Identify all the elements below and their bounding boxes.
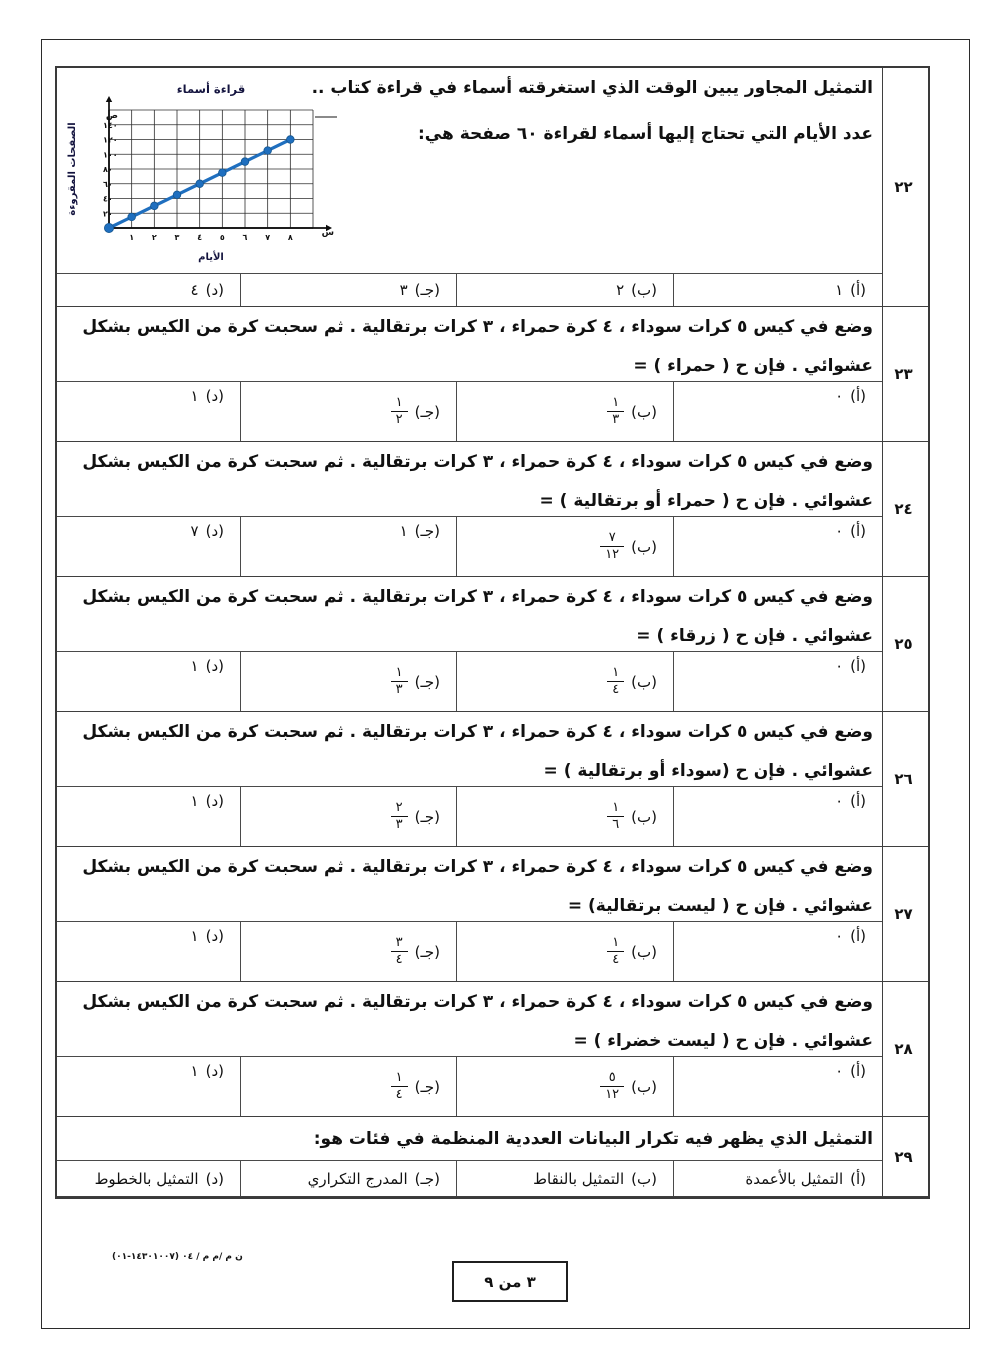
answer-option-a: (أ) ٠ xyxy=(674,517,882,576)
answer-option-c: (جـ) المدرج التكراري xyxy=(241,1161,457,1196)
fraction-value: ٥ ١٢ xyxy=(600,1070,624,1102)
fraction-denominator: ٢ xyxy=(391,411,408,428)
answers-row: (أ) ٠ (ب) ١ ٤ (جـ) ٣ ٤ xyxy=(57,922,882,981)
answer-label: (أ) xyxy=(850,1062,866,1080)
svg-text:٢٠: ٢٠ xyxy=(103,209,113,218)
question-block-24: ٢٤ وضع في كيس ٥ كرات سوداء ، ٤ كرة حمراء… xyxy=(57,442,928,577)
answer-value: ٤ xyxy=(191,281,199,299)
answer-label: (ب) xyxy=(631,1170,657,1188)
answer-value: ٠ xyxy=(835,1062,843,1080)
question-text: وضع في كيس ٥ كرات سوداء ، ٤ كرة حمراء ، … xyxy=(57,712,882,787)
answer-label: (جـ) xyxy=(415,403,440,421)
svg-text:١٢٠: ١٢٠ xyxy=(103,136,118,145)
answer-option-d: (د) ٤ xyxy=(57,274,241,306)
answers-row: (أ) ٠ (ب) ١ ٦ (جـ) ٢ ٣ xyxy=(57,787,882,846)
question-text: وضع في كيس ٥ كرات سوداء ، ٤ كرة حمراء ، … xyxy=(57,847,882,922)
fraction-numerator: ٧ xyxy=(604,530,621,546)
answer-option-c: (جـ) ٣ ٤ xyxy=(241,922,457,981)
answer-value: ١ xyxy=(191,1062,199,1080)
question-line: وضع في كيس ٥ كرات سوداء ، ٤ كرة حمراء ، … xyxy=(57,442,882,475)
answer-label: (جـ) xyxy=(415,1078,440,1096)
svg-text:٨: ٨ xyxy=(288,233,293,242)
footer-document-code: ن م /م م / ٠٤ (١٤٣٠١٠٠٧-٠١) xyxy=(112,1252,243,1262)
answer-label: (جـ) xyxy=(415,281,440,299)
answer-label: (د) xyxy=(206,1170,224,1188)
fraction-numerator: ٣ xyxy=(391,935,408,951)
answer-label: (أ) xyxy=(850,657,866,675)
answers-row: (أ) ٠ (ب) ٧ ١٢ (جـ) ١ xyxy=(57,517,882,576)
fraction-numerator: ١ xyxy=(391,395,408,411)
answer-option-b: (ب) ١ ٣ xyxy=(457,382,674,441)
question-number: ٢٤ xyxy=(882,442,928,576)
question-line: التمثيل الذي يظهر فيه تكرار البيانات الع… xyxy=(57,1117,882,1152)
answer-label: (جـ) xyxy=(415,808,440,826)
answer-label: (أ) xyxy=(850,792,866,810)
fraction-numerator: ١ xyxy=(391,665,408,681)
fraction-numerator: ١ xyxy=(607,935,624,951)
answer-label: (ب) xyxy=(631,808,657,826)
fraction-value: ١ ٣ xyxy=(391,665,408,697)
fraction-denominator: ٣ xyxy=(607,411,624,428)
answer-value: ٣ xyxy=(400,281,408,299)
question-block-29: ٢٩ التمثيل الذي يظهر فيه تكرار البيانات … xyxy=(57,1117,928,1197)
svg-text:الأيام: الأيام xyxy=(198,250,224,263)
question-line: وضع في كيس ٥ كرات سوداء ، ٤ كرة حمراء ، … xyxy=(57,307,882,340)
answer-value: ١ xyxy=(191,387,199,405)
question-line: عشوائي . فإن ح ( ليست برتقالية) = xyxy=(57,893,882,919)
answer-option-a: (أ) ١ xyxy=(674,274,882,306)
svg-text:٦: ٦ xyxy=(243,233,248,242)
answer-option-b: (ب) ١ ٤ xyxy=(457,652,674,711)
question-number: ٢٩ xyxy=(882,1117,928,1196)
answer-option-a: (أ) ٠ xyxy=(674,652,882,711)
answer-option-a: (أ) ٠ xyxy=(674,382,882,441)
svg-text:١٠٠: ١٠٠ xyxy=(103,150,118,159)
answer-value: التمثيل بالخطوط xyxy=(95,1170,199,1188)
answer-option-c: (جـ) ٣ xyxy=(241,274,457,306)
answer-option-d: (د) ١ xyxy=(57,1057,241,1116)
answer-label: (أ) xyxy=(850,281,866,299)
answer-value: ١ xyxy=(400,522,408,540)
scanned-exam-page: ٢٢ التمثيل المجاور يبين الوقت الذي استغر… xyxy=(0,0,992,1370)
answer-option-d: (د) ١ xyxy=(57,787,241,846)
answer-value: ٠ xyxy=(835,657,843,675)
fraction-denominator: ٤ xyxy=(391,1086,408,1103)
fraction-denominator: ١٢ xyxy=(600,1086,624,1103)
svg-text:س: س xyxy=(322,228,334,238)
fraction-denominator: ٣ xyxy=(391,681,408,698)
question-number: ٢٦ xyxy=(882,712,928,846)
svg-text:قراءة أسماء: قراءة أسماء xyxy=(177,81,245,96)
answer-value: ٠ xyxy=(835,792,843,810)
answer-option-b: (ب) التمثيل بالنقاط xyxy=(457,1161,674,1196)
svg-text:الصفحات المقروءة: الصفحات المقروءة xyxy=(67,122,78,215)
question-line: عشوائي . فإن ح ( حمراء ) = xyxy=(57,353,882,379)
svg-text:٤٠: ٤٠ xyxy=(103,195,113,204)
answer-label: (أ) xyxy=(850,1170,866,1188)
svg-text:٣: ٣ xyxy=(175,233,180,242)
answer-label: (ب) xyxy=(631,943,657,961)
answer-option-c: (جـ) ٢ ٣ xyxy=(241,787,457,846)
answer-option-a: (أ) ٠ xyxy=(674,787,882,846)
fraction-numerator: ١ xyxy=(607,800,624,816)
svg-text:٤: ٤ xyxy=(197,233,202,242)
answer-label: (جـ) xyxy=(415,522,440,540)
answer-option-b: (ب) ١ ٦ xyxy=(457,787,674,846)
question-number: ٢٥ xyxy=(882,577,928,711)
fraction-denominator: ٤ xyxy=(607,681,624,698)
answer-label: (جـ) xyxy=(415,673,440,691)
answer-value: ٠ xyxy=(835,927,843,945)
answer-label: (جـ) xyxy=(415,1170,440,1188)
fraction-numerator: ١ xyxy=(391,1070,408,1086)
answers-row: (أ) التمثيل بالأعمدة (ب) التمثيل بالنقاط… xyxy=(57,1161,882,1196)
answer-value: ١ xyxy=(191,657,199,675)
fraction-numerator: ١ xyxy=(607,395,624,411)
answer-value: التمثيل بالنقاط xyxy=(533,1170,624,1188)
answer-option-a: (أ) ٠ xyxy=(674,922,882,981)
svg-text:١: ١ xyxy=(129,233,134,242)
fraction-value: ١ ٣ xyxy=(607,395,624,427)
answer-label: (ب) xyxy=(631,673,657,691)
page-number-box: ٣ من ٩ xyxy=(452,1261,568,1302)
question-number: ٢٣ xyxy=(882,307,928,441)
question-line: عشوائي . فإن ح (سوداء أو برتقالية ) = xyxy=(57,758,882,784)
answer-label: (ب) xyxy=(631,281,657,299)
answer-label: (جـ) xyxy=(415,943,440,961)
answer-label: (د) xyxy=(206,927,224,945)
question-block-22: ٢٢ التمثيل المجاور يبين الوقت الذي استغر… xyxy=(57,68,928,307)
answer-label: (د) xyxy=(206,792,224,810)
question-line: وضع في كيس ٥ كرات سوداء ، ٤ كرة حمراء ، … xyxy=(57,577,882,610)
fraction-value: ٣ ٤ xyxy=(391,935,408,967)
answer-label: (أ) xyxy=(850,927,866,945)
answer-value: ٧ xyxy=(191,522,199,540)
answer-option-d: (د) ١ xyxy=(57,922,241,981)
question-block-26: ٢٦ وضع في كيس ٥ كرات سوداء ، ٤ كرة حمراء… xyxy=(57,712,928,847)
answer-label: (د) xyxy=(206,1062,224,1080)
answer-option-c: (جـ) ١ ٣ xyxy=(241,652,457,711)
question-line: عشوائي . فإن ح ( ليست خضراء ) = xyxy=(57,1028,882,1054)
svg-text:٦٠: ٦٠ xyxy=(103,180,113,189)
questions-table: ٢٢ التمثيل المجاور يبين الوقت الذي استغر… xyxy=(55,66,930,1199)
answer-option-c: (جـ) ١ ٤ xyxy=(241,1057,457,1116)
question-line: عشوائي . فإن ح ( حمراء أو برتقالية ) = xyxy=(57,488,882,514)
answer-label: (ب) xyxy=(631,1078,657,1096)
question-text: وضع في كيس ٥ كرات سوداء ، ٤ كرة حمراء ، … xyxy=(57,982,882,1057)
answer-value: ٢ xyxy=(616,281,624,299)
answers-row: (أ) ٠ (ب) ٥ ١٢ (جـ) ١ ٤ xyxy=(57,1057,882,1116)
question-line: وضع في كيس ٥ كرات سوداء ، ٤ كرة حمراء ، … xyxy=(57,982,882,1015)
answer-option-c: (جـ) ١ ٢ xyxy=(241,382,457,441)
question-line: وضع في كيس ٥ كرات سوداء ، ٤ كرة حمراء ، … xyxy=(57,712,882,745)
answer-value: ١ xyxy=(191,792,199,810)
reading-line-chart: ٠٢٠٤٠٦٠٨٠١٠٠١٢٠١٤٠١٢٣٤٥٦٧٨قراءة أسماءالأ… xyxy=(63,80,365,270)
fraction-value: ١ ٢ xyxy=(391,395,408,427)
answer-label: (د) xyxy=(206,522,224,540)
fraction-value: ١ ٤ xyxy=(391,1070,408,1102)
question-block-23: ٢٣ وضع في كيس ٥ كرات سوداء ، ٤ كرة حمراء… xyxy=(57,307,928,442)
question-number: ٢٢ xyxy=(882,68,928,306)
question-line: وضع في كيس ٥ كرات سوداء ، ٤ كرة حمراء ، … xyxy=(57,847,882,880)
question-text: التمثيل المجاور يبين الوقت الذي استغرقته… xyxy=(57,68,882,274)
question-text: وضع في كيس ٥ كرات سوداء ، ٤ كرة حمراء ، … xyxy=(57,577,882,652)
svg-text:٨٠: ٨٠ xyxy=(103,165,113,174)
svg-text:٢: ٢ xyxy=(152,233,157,242)
answers-row: (أ) ٠ (ب) ١ ٣ (جـ) ١ ٢ xyxy=(57,382,882,441)
fraction-denominator: ١٢ xyxy=(600,546,624,563)
svg-text:٥: ٥ xyxy=(220,233,225,242)
question-number: ٢٨ xyxy=(882,982,928,1116)
answer-option-b: (ب) ٢ xyxy=(457,274,674,306)
question-text: التمثيل الذي يظهر فيه تكرار البيانات الع… xyxy=(57,1117,882,1161)
question-text: وضع في كيس ٥ كرات سوداء ، ٤ كرة حمراء ، … xyxy=(57,442,882,517)
fraction-numerator: ٥ xyxy=(604,1070,621,1086)
answer-option-d: (د) ١ xyxy=(57,652,241,711)
fraction-value: ٧ ١٢ xyxy=(600,530,624,562)
fraction-value: ١ ٦ xyxy=(607,800,624,832)
question-block-27: ٢٧ وضع في كيس ٥ كرات سوداء ، ٤ كرة حمراء… xyxy=(57,847,928,982)
answer-option-d: (د) التمثيل بالخطوط xyxy=(57,1161,241,1196)
answer-label: (ب) xyxy=(631,403,657,421)
answer-value: المدرج التكراري xyxy=(308,1170,408,1188)
fraction-denominator: ٣ xyxy=(391,816,408,833)
question-block-28: ٢٨ وضع في كيس ٥ كرات سوداء ، ٤ كرة حمراء… xyxy=(57,982,928,1117)
svg-text:١٤٠: ١٤٠ xyxy=(103,121,118,130)
answer-label: (ب) xyxy=(631,538,657,556)
answer-option-b: (ب) ١ ٤ xyxy=(457,922,674,981)
question-line: عشوائي . فإن ح ( زرقاء ) = xyxy=(57,623,882,649)
answer-value: ١ xyxy=(191,927,199,945)
answer-label: (أ) xyxy=(850,522,866,540)
fraction-denominator: ٤ xyxy=(607,951,624,968)
answers-row: (أ) ٠ (ب) ١ ٤ (جـ) ١ ٣ xyxy=(57,652,882,711)
question-text: وضع في كيس ٥ كرات سوداء ، ٤ كرة حمراء ، … xyxy=(57,307,882,382)
fraction-denominator: ٤ xyxy=(391,951,408,968)
answer-value: التمثيل بالأعمدة xyxy=(745,1170,843,1188)
fraction-value: ١ ٤ xyxy=(607,665,624,697)
fraction-value: ١ ٤ xyxy=(607,935,624,967)
answer-value: ٠ xyxy=(835,522,843,540)
fraction-value: ٢ ٣ xyxy=(391,800,408,832)
answer-value: ٠ xyxy=(835,387,843,405)
answers-row: (أ) ١ (ب) ٢ (جـ) ٣ (د) ٤ xyxy=(57,274,882,306)
reading-chart-figure: ٠٢٠٤٠٦٠٨٠١٠٠١٢٠١٤٠١٢٣٤٥٦٧٨قراءة أسماءالأ… xyxy=(63,80,365,270)
svg-text:ص: ص xyxy=(106,111,118,121)
answer-option-b: (ب) ٥ ١٢ xyxy=(457,1057,674,1116)
answer-option-b: (ب) ٧ ١٢ xyxy=(457,517,674,576)
question-number: ٢٧ xyxy=(882,847,928,981)
question-block-25: ٢٥ وضع في كيس ٥ كرات سوداء ، ٤ كرة حمراء… xyxy=(57,577,928,712)
answer-label: (د) xyxy=(206,281,224,299)
fraction-numerator: ٢ xyxy=(391,800,408,816)
answer-option-c: (جـ) ١ xyxy=(241,517,457,576)
answer-label: (د) xyxy=(206,657,224,675)
answer-option-a: (أ) ٠ xyxy=(674,1057,882,1116)
svg-text:٧: ٧ xyxy=(265,233,270,242)
fraction-numerator: ١ xyxy=(607,665,624,681)
answer-option-d: (د) ١ xyxy=(57,382,241,441)
fraction-denominator: ٦ xyxy=(607,816,624,833)
answer-option-d: (د) ٧ xyxy=(57,517,241,576)
answer-label: (أ) xyxy=(850,387,866,405)
answer-label: (د) xyxy=(206,387,224,405)
answer-option-a: (أ) التمثيل بالأعمدة xyxy=(674,1161,882,1196)
answer-value: ١ xyxy=(835,281,843,299)
